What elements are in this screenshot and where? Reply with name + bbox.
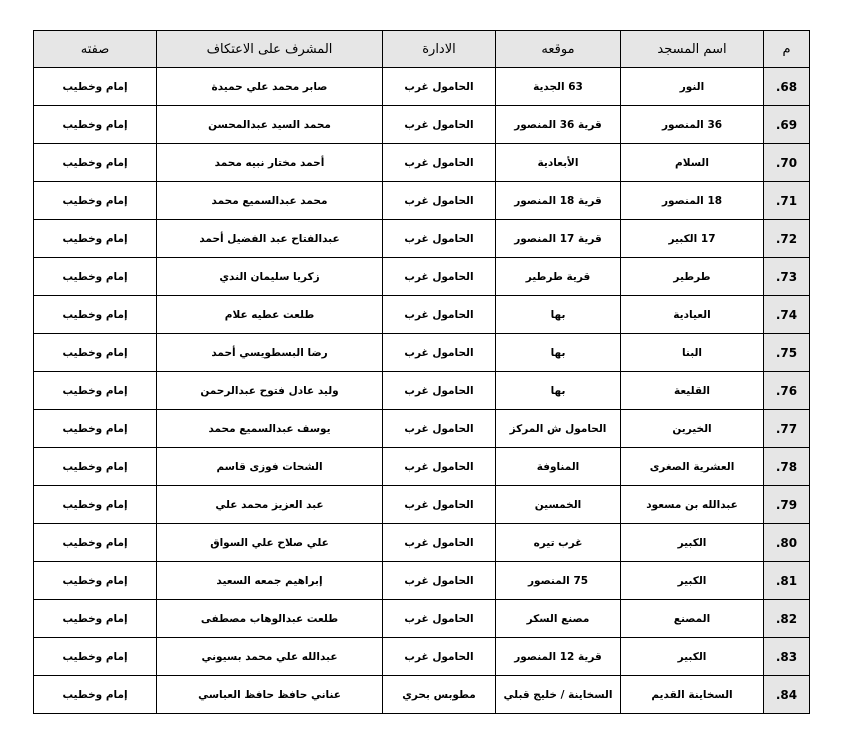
cell-mosque-name: السلام — [621, 144, 764, 182]
cell-supervisor: محمد السيد عبدالمحسن — [157, 106, 383, 144]
cell-location: بها — [496, 296, 621, 334]
cell-num: .83 — [764, 638, 810, 676]
cell-num: .77 — [764, 410, 810, 448]
cell-num: .79 — [764, 486, 810, 524]
cell-administration: الحامول غرب — [383, 524, 496, 562]
cell-role: إمام وخطيب — [34, 334, 157, 372]
header-location: موقعه — [496, 31, 621, 68]
cell-location: الخمسين — [496, 486, 621, 524]
cell-location: غرب تيره — [496, 524, 621, 562]
cell-num: .71 — [764, 182, 810, 220]
cell-mosque-name: العيادية — [621, 296, 764, 334]
header-mosque-name: اسم المسجد — [621, 31, 764, 68]
table-row: .70السلامالأبعاديةالحامول غربأحمد مختار … — [34, 144, 810, 182]
table-row: .7217 الكبيرقرية 17 المنصورالحامول غربعب… — [34, 220, 810, 258]
cell-mosque-name: 18 المنصور — [621, 182, 764, 220]
table-row: .7118 المنصورقرية 18 المنصورالحامول غربم… — [34, 182, 810, 220]
cell-num: .75 — [764, 334, 810, 372]
cell-role: إمام وخطيب — [34, 486, 157, 524]
table-row: .77الخيرينالحامول ش المركزالحامول غربيوس… — [34, 410, 810, 448]
table-row: .6936 المنصورقرية 36 المنصورالحامول غربم… — [34, 106, 810, 144]
table-row: .73طرطيرقرية طرطيرالحامول غربزكريا سليما… — [34, 258, 810, 296]
cell-supervisor: طلعت عبدالوهاب مصطفى — [157, 600, 383, 638]
cell-mosque-name: النور — [621, 68, 764, 106]
cell-role: إمام وخطيب — [34, 600, 157, 638]
cell-mosque-name: المصنع — [621, 600, 764, 638]
cell-role: إمام وخطيب — [34, 448, 157, 486]
cell-role: إمام وخطيب — [34, 638, 157, 676]
cell-role: إمام وخطيب — [34, 296, 157, 334]
cell-administration: الحامول غرب — [383, 258, 496, 296]
cell-location: المناوفة — [496, 448, 621, 486]
cell-administration: الحامول غرب — [383, 144, 496, 182]
table-row: .82المصنعمصنع السكرالحامول غربطلعت عبدال… — [34, 600, 810, 638]
cell-mosque-name: عبدالله بن مسعود — [621, 486, 764, 524]
cell-administration: الحامول غرب — [383, 220, 496, 258]
cell-mosque-name: الكبير — [621, 638, 764, 676]
cell-num: .70 — [764, 144, 810, 182]
cell-location: قرية 17 المنصور — [496, 220, 621, 258]
cell-supervisor: صابر محمد علي حميدة — [157, 68, 383, 106]
cell-mosque-name: العشرية الصغرى — [621, 448, 764, 486]
cell-supervisor: محمد عبدالسميع محمد — [157, 182, 383, 220]
cell-role: إمام وخطيب — [34, 524, 157, 562]
cell-administration: الحامول غرب — [383, 372, 496, 410]
table-row: .68النور63 الجديةالحامول غربصابر محمد عل… — [34, 68, 810, 106]
cell-role: إمام وخطيب — [34, 410, 157, 448]
table-row: .78العشرية الصغرىالمناوفةالحامول غربالشح… — [34, 448, 810, 486]
cell-administration: الحامول غرب — [383, 410, 496, 448]
cell-num: .82 — [764, 600, 810, 638]
cell-administration: الحامول غرب — [383, 296, 496, 334]
cell-role: إمام وخطيب — [34, 372, 157, 410]
cell-location: بها — [496, 372, 621, 410]
cell-administration: الحامول غرب — [383, 448, 496, 486]
cell-num: .74 — [764, 296, 810, 334]
table-row: .80الكبيرغرب تيرهالحامول غربعلي صلاح علي… — [34, 524, 810, 562]
cell-location: الحامول ش المركز — [496, 410, 621, 448]
header-supervisor: المشرف على الاعتكاف — [157, 31, 383, 68]
cell-administration: الحامول غرب — [383, 486, 496, 524]
cell-location: مصنع السكر — [496, 600, 621, 638]
mosque-supervisors-table: م اسم المسجد موقعه الادارة المشرف على ال… — [33, 30, 810, 714]
cell-supervisor: يوسف عبدالسميع محمد — [157, 410, 383, 448]
cell-administration: الحامول غرب — [383, 600, 496, 638]
cell-num: .69 — [764, 106, 810, 144]
cell-location: قرية 36 المنصور — [496, 106, 621, 144]
cell-supervisor: عبدالله علي محمد بسيوني — [157, 638, 383, 676]
cell-administration: الحامول غرب — [383, 638, 496, 676]
cell-mosque-name: الخيرين — [621, 410, 764, 448]
cell-supervisor: الشحات فوزى قاسم — [157, 448, 383, 486]
header-row: م اسم المسجد موقعه الادارة المشرف على ال… — [34, 31, 810, 68]
table-row: .83الكبيرقرية 12 المنصورالحامول غربعبدال… — [34, 638, 810, 676]
header-num: م — [764, 31, 810, 68]
table-row: .81الكبير75 المنصورالحامول غربإبراهيم جم… — [34, 562, 810, 600]
cell-num: .76 — [764, 372, 810, 410]
cell-administration: الحامول غرب — [383, 106, 496, 144]
cell-num: .72 — [764, 220, 810, 258]
cell-role: إمام وخطيب — [34, 106, 157, 144]
cell-num: .81 — [764, 562, 810, 600]
cell-supervisor: عناني حافظ حافظ العباسي — [157, 676, 383, 714]
cell-administration: الحامول غرب — [383, 68, 496, 106]
cell-supervisor: عبد العزيز محمد علي — [157, 486, 383, 524]
cell-role: إمام وخطيب — [34, 68, 157, 106]
cell-mosque-name: البنا — [621, 334, 764, 372]
table-row: .76القليعةبهاالحامول غربوليد عادل فتوح ع… — [34, 372, 810, 410]
cell-administration: الحامول غرب — [383, 182, 496, 220]
cell-administration: الحامول غرب — [383, 334, 496, 372]
cell-num: .68 — [764, 68, 810, 106]
cell-role: إمام وخطيب — [34, 676, 157, 714]
cell-num: .84 — [764, 676, 810, 714]
cell-administration: مطوبس بحري — [383, 676, 496, 714]
cell-num: .78 — [764, 448, 810, 486]
table-row: .75البنابهاالحامول غربرضا البسطويسي أحمد… — [34, 334, 810, 372]
cell-location: قرية طرطير — [496, 258, 621, 296]
cell-mosque-name: السخاينة القديم — [621, 676, 764, 714]
cell-supervisor: علي صلاح علي السواق — [157, 524, 383, 562]
cell-role: إمام وخطيب — [34, 258, 157, 296]
cell-mosque-name: الكبير — [621, 524, 764, 562]
cell-location: الأبعادية — [496, 144, 621, 182]
cell-num: .73 — [764, 258, 810, 296]
cell-role: إمام وخطيب — [34, 144, 157, 182]
table-row: .84السخاينة القديمالسخاينة / خليج قبليمط… — [34, 676, 810, 714]
cell-location: 75 المنصور — [496, 562, 621, 600]
cell-supervisor: طلعت عطيه علام — [157, 296, 383, 334]
cell-location: قرية 18 المنصور — [496, 182, 621, 220]
cell-role: إمام وخطيب — [34, 182, 157, 220]
cell-supervisor: رضا البسطويسي أحمد — [157, 334, 383, 372]
cell-supervisor: وليد عادل فتوح عبدالرحمن — [157, 372, 383, 410]
cell-role: إمام وخطيب — [34, 220, 157, 258]
cell-role: إمام وخطيب — [34, 562, 157, 600]
header-administration: الادارة — [383, 31, 496, 68]
cell-location: السخاينة / خليج قبلي — [496, 676, 621, 714]
cell-num: .80 — [764, 524, 810, 562]
cell-mosque-name: 17 الكبير — [621, 220, 764, 258]
cell-mosque-name: 36 المنصور — [621, 106, 764, 144]
cell-administration: الحامول غرب — [383, 562, 496, 600]
table-row: .74العياديةبهاالحامول غربطلعت عطيه علامإ… — [34, 296, 810, 334]
table-row: .79عبدالله بن مسعودالخمسينالحامول غربعبد… — [34, 486, 810, 524]
cell-mosque-name: طرطير — [621, 258, 764, 296]
cell-supervisor: زكريا سليمان الندي — [157, 258, 383, 296]
cell-location: بها — [496, 334, 621, 372]
cell-location: 63 الجدية — [496, 68, 621, 106]
header-role: صفته — [34, 31, 157, 68]
cell-supervisor: إبراهيم جمعه السعيد — [157, 562, 383, 600]
cell-location: قرية 12 المنصور — [496, 638, 621, 676]
cell-mosque-name: القليعة — [621, 372, 764, 410]
cell-supervisor: أحمد مختار نبيه محمد — [157, 144, 383, 182]
cell-supervisor: عبدالفتاح عبد الفضيل أحمد — [157, 220, 383, 258]
cell-mosque-name: الكبير — [621, 562, 764, 600]
